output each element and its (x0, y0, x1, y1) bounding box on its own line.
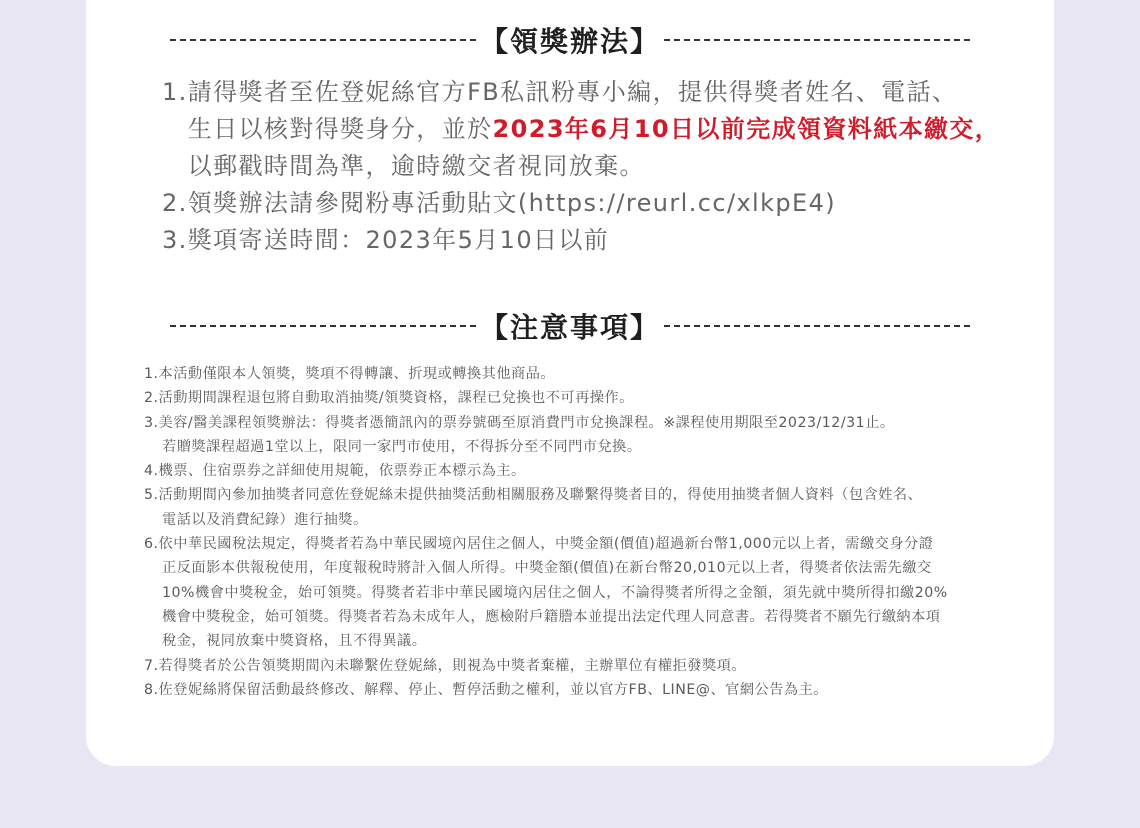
note-line: 機會中獎稅金，始可領獎。得獎者若為未成年人，應檢附戶籍謄本並提出法定代理人同意書… (144, 605, 1034, 629)
item-line: 領獎辦法請參閱粉專活動貼文(https://reurl.cc/xlkpE4) (188, 185, 836, 222)
note-line: 4.機票、住宿票券之詳細使用規範，依票券正本標示為主。 (144, 463, 526, 479)
note-item-2: 2.活動期間課程退包將自動取消抽獎/領獎資格，課程已兌換也不可再操作。 (144, 386, 1034, 410)
note-item-1: 1.本活動僅限本人領獎，獎項不得轉讓、折現或轉換其他商品。 (144, 362, 1034, 386)
prize-claim-item-3: 3. 獎項寄送時間：2023年5月10日以前 (162, 222, 1022, 259)
note-line: 電話以及消費紀錄）進行抽獎。 (144, 508, 1034, 532)
notes-list: 1.本活動僅限本人領獎，獎項不得轉讓、折現或轉換其他商品。 2.活動期間課程退包… (144, 362, 1034, 702)
note-item-3: 3.美容/醫美課程領獎辦法：得獎者憑簡訊內的票券號碼至原消費門市兌換課程。※課程… (144, 411, 1034, 460)
note-item-7: 7.若得獎者於公告領獎期間內未聯繫佐登妮絲，則視為中獎者棄權，主辦單位有權拒發獎… (144, 654, 1034, 678)
note-line: 7.若得獎者於公告領獎期間內未聯繫佐登妮絲，則視為中獎者棄權，主辦單位有權拒發獎… (144, 658, 746, 674)
note-line: 稅金，視同放棄中獎資格，且不得異議。 (144, 629, 1034, 653)
notes-title: 【注意事項】 (476, 306, 664, 346)
prize-claim-item-2: 2. 領獎辦法請參閱粉專活動貼文(https://reurl.cc/xlkpE4… (162, 185, 1022, 222)
note-line: 2.活動期間課程退包將自動取消抽獎/領獎資格，課程已兌換也不可再操作。 (144, 390, 634, 406)
rules-card: 【領獎辦法】 1. 請得獎者至佐登妮絲官方FB私訊粉專小編，提供得獎者姓名、電話… (86, 0, 1054, 766)
item-number: 3. (162, 222, 188, 259)
note-line: 若贈獎課程超過1堂以上，限同一家門市使用，不得拆分至不同門市兌換。 (144, 435, 1034, 459)
note-item-8: 8.佐登妮絲將保留活動最終修改、解釋、停止、暫停活動之權利，並以官方FB、LIN… (144, 678, 1034, 702)
notes-heading: 【注意事項】 (86, 306, 1054, 346)
item-line: 請得獎者至佐登妮絲官方FB私訊粉專小編，提供得獎者姓名、電話、 (188, 78, 958, 106)
note-line: 8.佐登妮絲將保留活動最終修改、解釋、停止、暫停活動之權利，並以官方FB、LIN… (144, 682, 828, 698)
dashed-divider-left (170, 39, 476, 41)
item-number: 1. (162, 74, 188, 185)
note-line: 3.美容/醫美課程領獎辦法：得獎者憑簡訊內的票券號碼至原消費門市兌換課程。※課程… (144, 415, 895, 431)
item-line: 獎項寄送時間：2023年5月10日以前 (188, 222, 610, 259)
prize-claim-heading: 【領獎辦法】 (86, 20, 1054, 60)
prize-claim-title: 【領獎辦法】 (476, 20, 664, 60)
dashed-divider-right (664, 39, 970, 41)
note-line: 正反面影本供報稅使用，年度報稅時將計入個人所得。中獎金額(價值)在新台幣20,0… (144, 556, 1034, 580)
note-line: 1.本活動僅限本人領獎，獎項不得轉讓、折現或轉換其他商品。 (144, 366, 555, 382)
note-line: 6.依中華民國稅法規定，得獎者若為中華民國境內居住之個人，中獎金額(價值)超過新… (144, 536, 933, 552)
dashed-divider-left (170, 325, 476, 327)
note-item-4: 4.機票、住宿票券之詳細使用規範，依票券正本標示為主。 (144, 459, 1034, 483)
note-line: 10%機會中獎稅金，始可領獎。得獎者若非中華民國境內居住之個人，不論得獎者所得之… (144, 581, 1034, 605)
item-line: 以郵戳時間為準，逾時繳交者視同放棄。 (188, 148, 1001, 185)
note-line: 5.活動期間內參加抽獎者同意佐登妮絲未提供抽獎活動相關服務及聯繫得獎者目的，得使… (144, 487, 922, 503)
item-number: 2. (162, 185, 188, 222)
note-item-6: 6.依中華民國稅法規定，得獎者若為中華民國境內居住之個人，中獎金額(價值)超過新… (144, 532, 1034, 653)
dashed-divider-right (664, 325, 970, 327)
deadline-highlight: 2023年6月10日以前完成領資料紙本繳交， (493, 115, 1001, 143)
prize-claim-item-1: 1. 請得獎者至佐登妮絲官方FB私訊粉專小編，提供得獎者姓名、電話、 生日以核對… (162, 74, 1022, 185)
note-item-5: 5.活動期間內參加抽獎者同意佐登妮絲未提供抽獎活動相關服務及聯繫得獎者目的，得使… (144, 483, 1034, 532)
prize-claim-list: 1. 請得獎者至佐登妮絲官方FB私訊粉專小編，提供得獎者姓名、電話、 生日以核對… (162, 74, 1022, 259)
item-line: 生日以核對得獎身分，並於 (188, 115, 493, 143)
